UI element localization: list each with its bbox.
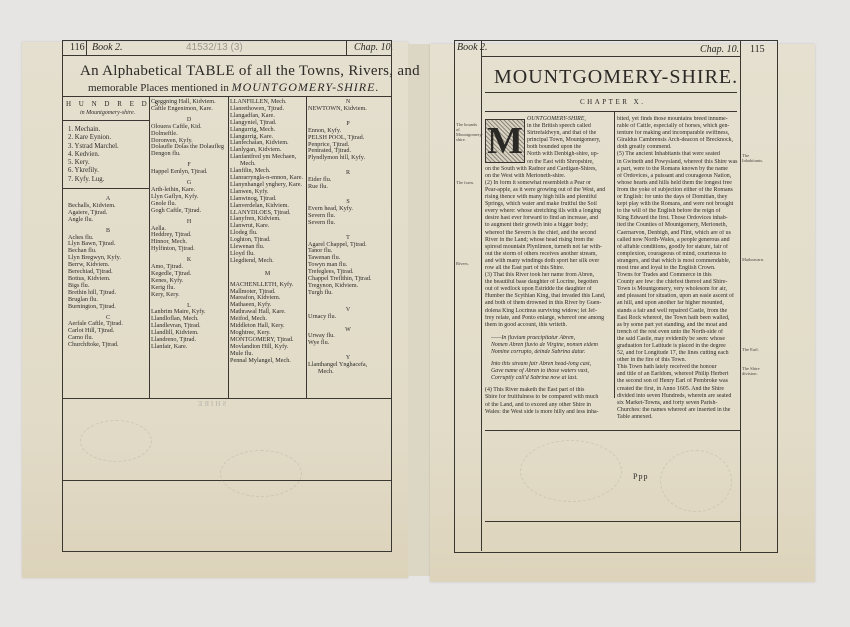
text-line: six Market-Towns, and forty seven Parish…: [617, 400, 739, 407]
text-line: strangers, and that which is most commen…: [617, 258, 739, 265]
side-note-bounds: The bounds of Mountgomery-shire.: [456, 122, 480, 142]
index-entry: Kery, Kery.: [151, 292, 227, 299]
text-line: of affable conditions, goodly for statur…: [617, 244, 739, 251]
index-entry: Pennal Mylangel, Mech.: [230, 358, 305, 365]
text-line: and both of them drowned in this River b…: [485, 300, 612, 307]
text-line: (3) That this River took her name from A…: [485, 272, 612, 279]
index-column-3: LLANFILLEN, Mech. Llanrethowen, Tjtrad. …: [230, 99, 305, 365]
column-rule-2: [228, 96, 229, 398]
text-line: out of wedlock upon Estridde the daughte…: [485, 286, 612, 293]
text-line: of Ordovices, a puissant and courageous …: [617, 173, 739, 180]
text-line: out the storm of others receives another…: [485, 251, 612, 258]
text-line: (2) In form it somewhat resembleth a Pea…: [485, 180, 612, 187]
text-line: of the Land, and to exceed any other Shi…: [485, 402, 612, 409]
right-left-margin-rule: [481, 40, 482, 551]
left-header-rule: [62, 55, 391, 56]
text-line: to augment their growth into a bigger bo…: [485, 222, 612, 229]
text-line: on the East with Shropshire,: [485, 159, 612, 166]
text-line: bited, yet finds those mountains breed i…: [617, 116, 739, 123]
text-line: or English: for unto the days of Domitia…: [617, 194, 739, 201]
text-line: (4) This River maketh the East part of t…: [485, 387, 612, 394]
text-line: other in the fire of this Town.: [617, 357, 739, 364]
index-entry: Plyndlymon hill, Kyfy.: [308, 155, 388, 162]
right-title-rule: [485, 92, 737, 93]
text-line: a part, were to the Romans known by the …: [617, 166, 739, 173]
text-line: principal Town, Mountgomery,: [485, 137, 612, 144]
column-rule-3: [306, 96, 307, 398]
verse-english-line: Into this stream fair Abren head-long ca…: [485, 361, 612, 368]
show-through-map-flourish: [660, 450, 732, 512]
right-header-rule: [481, 56, 740, 57]
right-chapter-label: Chap. 10.: [700, 44, 739, 55]
left-header-divider: [86, 40, 87, 55]
text-line: tenture for making and incomparable swif…: [617, 130, 739, 137]
text-line: Humber the Scythian King, that invaded t…: [485, 293, 612, 300]
right-text-bottom-rule: [485, 430, 740, 431]
hundreds-rule: [62, 120, 149, 121]
text-line: dolena King Locrinus surviving widow; le…: [485, 308, 612, 315]
text-line: row all the East part of this Shire.: [485, 265, 612, 272]
hundred-item: 7. Kyfy. Lug.: [68, 176, 148, 184]
hundred-item: 4. Kedvien.: [68, 151, 148, 159]
shire-title: MOUNTGOMERY-SHIRE.: [494, 66, 738, 89]
letter-heading: M: [230, 271, 305, 278]
signature-mark: Ppp: [633, 472, 648, 481]
text-line: and pleasant for situation, upon an easi…: [617, 293, 739, 300]
column-rule-1: [149, 96, 150, 398]
text-line: every where: whose stretching ills with …: [485, 208, 612, 215]
right-page-number: 115: [750, 44, 765, 55]
text-line: the said Castle, may evidently be seen: …: [617, 336, 739, 343]
table-title: An Alphabetical TABLE of all the Towns, …: [80, 63, 420, 80]
text-line: Towns for Trades and Commerce in this: [617, 272, 739, 279]
text-line: divided into seven Hundreds, wherein are…: [617, 393, 739, 400]
text-line: Table annexed.: [617, 414, 739, 421]
side-note-rivers: Rivers.: [456, 261, 469, 266]
text-line: River in the Land; whose head rising fro…: [485, 237, 612, 244]
text-line: Pear-apple, as it were growing out of th…: [485, 187, 612, 194]
text-line: called now North-Wales, a people generou…: [617, 237, 739, 244]
index-entry: Rue flu.: [308, 184, 388, 191]
text-line: Wales: the West side is more hilly and l…: [485, 409, 612, 416]
index-entry: Happel Eenlyn, Tjtrad.: [151, 169, 227, 176]
hundred-item: 5. Kery.: [68, 159, 148, 167]
text-line: rable of Cattle, especially of horses, w…: [617, 123, 739, 130]
show-through-map-flourish: [220, 450, 302, 497]
text-line: OUNTGOMERY-SHIRE,: [485, 116, 612, 123]
ghost-show-through-text: SHIRE: [196, 400, 226, 408]
hundreds-heading: H U N D R E D S: [66, 100, 161, 108]
text-line: Springs, which water and make fruitful t…: [485, 201, 612, 208]
text-line: Giraldus Cambrensis Arch-deacon of Breck…: [617, 137, 739, 144]
index-entry: Mech.: [308, 369, 388, 376]
text-line: in Gwineth and Powysland, whereof this S…: [617, 159, 739, 166]
text-line: rising thence with many high hills and p…: [485, 194, 612, 201]
side-note-shire-division: The Shire division.: [742, 366, 768, 376]
index-entry: Severn flu.: [308, 220, 388, 227]
side-note-form: The form.: [456, 180, 474, 185]
left-chapter-label: Chap. 10.: [354, 42, 393, 53]
text-line: in the British speech called: [485, 123, 612, 130]
table-subtitle: memorable Places mentioned in MOUNTGOMER…: [88, 80, 379, 95]
verse-english-line: Gave name of Abren to those waters vast,: [485, 368, 612, 375]
left-book-label: Book 2.: [92, 42, 123, 53]
text-line: both bounded upon the: [485, 144, 612, 151]
text-line: created the first, in Anno 1605. And the…: [617, 386, 739, 393]
hundreds-list: 1. Mechain. 2. Kare Eynion. 3. Ystrad Ma…: [68, 126, 148, 184]
index-entry: Churchftoke, Tjtrad.: [68, 342, 148, 349]
text-line: King Edward the first. Those Ordovices i…: [617, 215, 739, 222]
verse-latin-line: ——In fluvium praecipitatur Abren,: [485, 335, 612, 342]
index-entry: Urnacy flu.: [308, 314, 388, 321]
chapter-heading: CHAPTER X.: [580, 98, 645, 106]
text-line: the second son of Henry Earl of Pembroke…: [617, 378, 739, 385]
text-line: most true and loyal to the English Crown…: [617, 265, 739, 272]
text-line: ited the Counties of Mountgomery, Merion…: [617, 222, 739, 229]
text-line: spiresd mountain Plynlimon, turneth not …: [485, 244, 612, 251]
index-entry: Angle flu.: [68, 217, 148, 224]
right-chapter-rule: [485, 111, 737, 112]
hundred-item: 3. Ystrad Marchel.: [68, 143, 148, 151]
text-line: 52, and for Longitude 17, the lines cutt…: [617, 350, 739, 357]
text-line: desire hast ever forward to find an incr…: [485, 215, 612, 222]
text-line: Sirtrefaldwyn, and that of the: [485, 130, 612, 137]
index-column-2: Creggning Hall, Kidviem. Caftle Engenimo…: [151, 99, 227, 351]
text-line: doth greatly commend.: [617, 144, 739, 151]
text-line: whose hearts and hills held them the lon…: [617, 180, 739, 187]
index-entry: Gogh Caftle, Tjtrad.: [151, 208, 227, 215]
text-line: on the West with Merioneth-shire.: [485, 173, 612, 180]
side-note-inhabitants: The Inhabitants.: [742, 153, 768, 163]
text-line: an hill, and upon another far higher mou…: [617, 300, 739, 307]
right-right-margin-rule: [740, 40, 741, 551]
verse-latin-line: Nomine corrupto, deinde Sabrina datur.: [485, 349, 612, 356]
right-lower-rule: [485, 521, 740, 522]
index-entry: Llanfair, Kare.: [151, 344, 227, 351]
text-line: graduation for Latitude is placed in the…: [617, 343, 739, 350]
text-column-right: bited, yet finds those mountains breed i…: [617, 116, 739, 421]
hundred-item: 6. Ykrefily.: [68, 167, 148, 175]
text-column-rule: [614, 111, 615, 398]
text-line: and with many windings doth sport her si…: [485, 258, 612, 265]
text-line: Caernarvon, Denbigh, and Flint, which ar…: [617, 230, 739, 237]
text-line: County are few: the chiefest thereof and…: [617, 279, 739, 286]
table-bottom-rule: [62, 398, 391, 399]
index-entry: Llegdiend, Mech.: [230, 258, 305, 265]
table-subtitle-text: memorable Places mentioned in: [88, 82, 229, 94]
text-line: them in good account, this writeth.: [485, 322, 612, 329]
hundred-item: 2. Kare Eynion.: [68, 134, 148, 142]
book-gutter: [408, 44, 430, 576]
show-through-map-flourish: [80, 420, 152, 462]
index-entry: Dengon flu.: [151, 151, 227, 158]
hundred-item: 1. Mechain.: [68, 126, 148, 134]
side-note-mathravarn: Mathravarn.: [742, 257, 764, 262]
show-through-map-flourish: [520, 440, 622, 502]
text-line: Shire for fruitfulness to be compared wi…: [485, 394, 612, 401]
verse-english-line: Corruptly call'd Sabrina now at last.: [485, 375, 612, 382]
text-line: and title of an Earldom, whereof Philip …: [617, 371, 739, 378]
text-line: complexion, courageous of mind, courteou…: [617, 251, 739, 258]
text-column-left: OUNTGOMERY-SHIRE, in the British speech …: [485, 116, 612, 416]
text-line: (5) The ancient Inhabitants that were se…: [617, 151, 739, 158]
index-column-4: N NEWTOWN, Kidviem. P Ennon, Kyfy. PELSH…: [308, 95, 388, 376]
index-entry: Caftle Engenimon, Kare.: [151, 106, 227, 113]
hundreds-bottom-rule: [62, 188, 149, 189]
index-entry: Turgh flu.: [308, 290, 388, 297]
index-entry: Hylfinton, Tjtrad.: [151, 246, 227, 253]
text-line: Town is Mountgomery, very wholesom for a…: [617, 286, 739, 293]
text-line: as by some part yet standing, and the mo…: [617, 322, 739, 329]
text-line: on the South with Radnor and Cardigan-Sh…: [485, 166, 612, 173]
text-line: trench of the rest even unto the North-s…: [617, 329, 739, 336]
text-line: Churches: the names whereof are inserted…: [617, 407, 739, 414]
index-column-1: A Bechalls, Kidviem. Agaiere, Tjtrad. An…: [68, 192, 148, 349]
pencil-inventory-note: 41532/13 (3): [186, 42, 243, 53]
text-line: North with Denbigh-shire, up-: [485, 151, 612, 158]
side-note-earl: The Earl.: [742, 347, 759, 352]
right-book-label: Book 2.: [457, 42, 488, 53]
text-line: the beautiful base daughter of Locrine, …: [485, 279, 612, 286]
index-entry: NEWTOWN, Kidviem.: [308, 106, 388, 113]
text-line: This Town hath lately received the honou…: [617, 364, 739, 371]
text-line: to the will of the English before the re…: [617, 208, 739, 215]
verse-latin-line: Nomen Abren fluvio de Virgine, nomen eid…: [485, 342, 612, 349]
text-line: from the yoke of subjection either of th…: [617, 187, 739, 194]
text-line: kept play with the Romans, and were not …: [617, 201, 739, 208]
text-line: whereof the Severn is the chief, and the…: [485, 230, 612, 237]
left-page-number: 116: [70, 42, 85, 53]
left-header-divider-right: [346, 40, 347, 55]
text-line: frey relate, and Ponto enlarge, whereof …: [485, 315, 612, 322]
text-line: East Rock whereof, the Town hath been wa…: [617, 315, 739, 322]
table-subtitle-shire: MOUNTGOMERY-SHIRE.: [232, 80, 380, 94]
hundreds-subheading: in Mountgomery-shire.: [80, 110, 135, 116]
index-entry: Wye flu.: [308, 340, 388, 347]
index-entry: Burnington, Tjtrad.: [68, 304, 148, 311]
text-line: stands a fair and well repaired Castle, …: [617, 308, 739, 315]
